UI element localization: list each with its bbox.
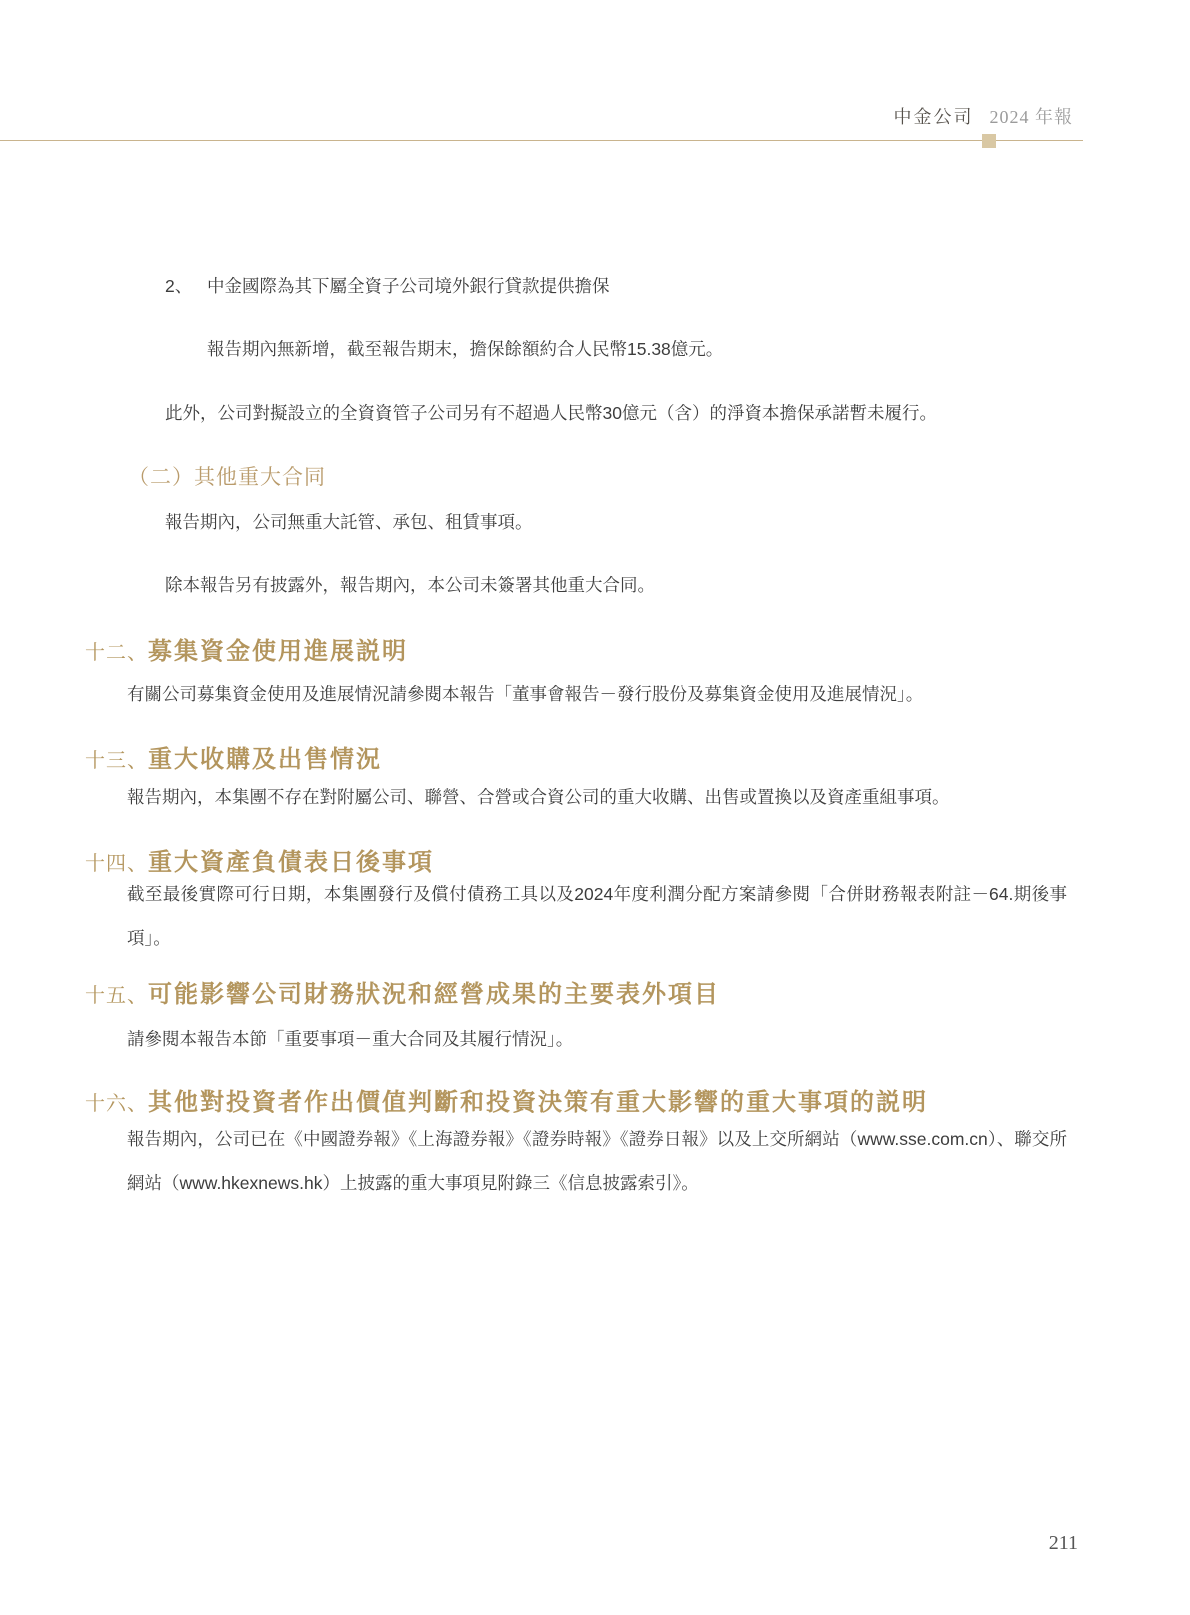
page-header: 中金公司2024 年報 bbox=[894, 103, 1074, 129]
subsection-heading-other-contracts: （二）其他重大合同 bbox=[128, 461, 326, 491]
guarantee-list-item: 2、 中金國際為其下屬全資子公司境外銀行貸款提供擔保 bbox=[165, 273, 610, 298]
section-heading-12: 十二、募集資金使用進展説明 bbox=[85, 631, 408, 666]
report-year: 2024 年報 bbox=[990, 107, 1074, 127]
page-number: 211 bbox=[1049, 1532, 1078, 1555]
section-heading-16: 十六、其他對投資者作出價值判斷和投資決策有重大影響的重大事項的説明 bbox=[85, 1082, 928, 1117]
section-number: 十五、 bbox=[85, 985, 148, 1007]
other-contracts-paragraph-2: 除本報告另有披露外，報告期內，本公司未簽署其他重大合同。 bbox=[165, 573, 655, 598]
header-rule bbox=[0, 140, 1083, 141]
section-heading-13: 十三、重大收購及出售情況 bbox=[85, 739, 382, 774]
section-heading-15: 十五、可能影響公司財務狀況和經營成果的主要表外項目 bbox=[85, 974, 720, 1009]
section-title: 募集資金使用進展説明 bbox=[148, 638, 408, 665]
section-14-paragraph: 截至最後實際可行日期，本集團發行及償付債務工具以及2024年度利潤分配方案請參閱… bbox=[127, 872, 1067, 960]
guarantee-note-paragraph: 此外，公司對擬設立的全資資管子公司另有不超過人民幣30億元（含）的淨資本擔保承諾… bbox=[165, 401, 937, 426]
section-number: 十三、 bbox=[85, 750, 148, 772]
section-12-paragraph: 有關公司募集資金使用及進展情況請參閱本報告「董事會報告－發行股份及募集資金使用及… bbox=[127, 682, 923, 707]
company-name: 中金公司 bbox=[894, 107, 974, 127]
other-contracts-paragraph-1: 報告期內，公司無重大託管、承包、租賃事項。 bbox=[165, 510, 533, 535]
section-title: 可能影響公司財務狀況和經營成果的主要表外項目 bbox=[148, 981, 720, 1008]
section-16-paragraph: 報告期內，公司已在《中國證券報》《上海證券報》《證券時報》《證券日報》以及上交所… bbox=[127, 1117, 1067, 1205]
list-item-number: 2、 bbox=[165, 273, 207, 298]
section-title: 其他對投資者作出價值判斷和投資決策有重大影響的重大事項的説明 bbox=[148, 1089, 928, 1116]
section-number: 十二、 bbox=[85, 642, 148, 664]
section-13-paragraph: 報告期內，本集團不存在對附屬公司、聯營、合營或合資公司的重大收購、出售或置換以及… bbox=[127, 785, 950, 810]
section-title: 重大收購及出售情況 bbox=[148, 746, 382, 773]
guarantee-body-paragraph: 報告期內無新增，截至報告期末，擔保餘額約合人民幣15.38億元。 bbox=[207, 337, 723, 362]
section-15-paragraph: 請參閱本報告本節「重要事項－重大合同及其履行情況」。 bbox=[127, 1027, 573, 1052]
section-number: 十六、 bbox=[85, 1093, 148, 1115]
header-rule-ornament bbox=[982, 134, 996, 148]
annual-report-page: 中金公司2024 年報 2、 中金國際為其下屬全資子公司境外銀行貸款提供擔保 報… bbox=[0, 0, 1190, 1615]
list-item-title: 中金國際為其下屬全資子公司境外銀行貸款提供擔保 bbox=[207, 273, 610, 298]
